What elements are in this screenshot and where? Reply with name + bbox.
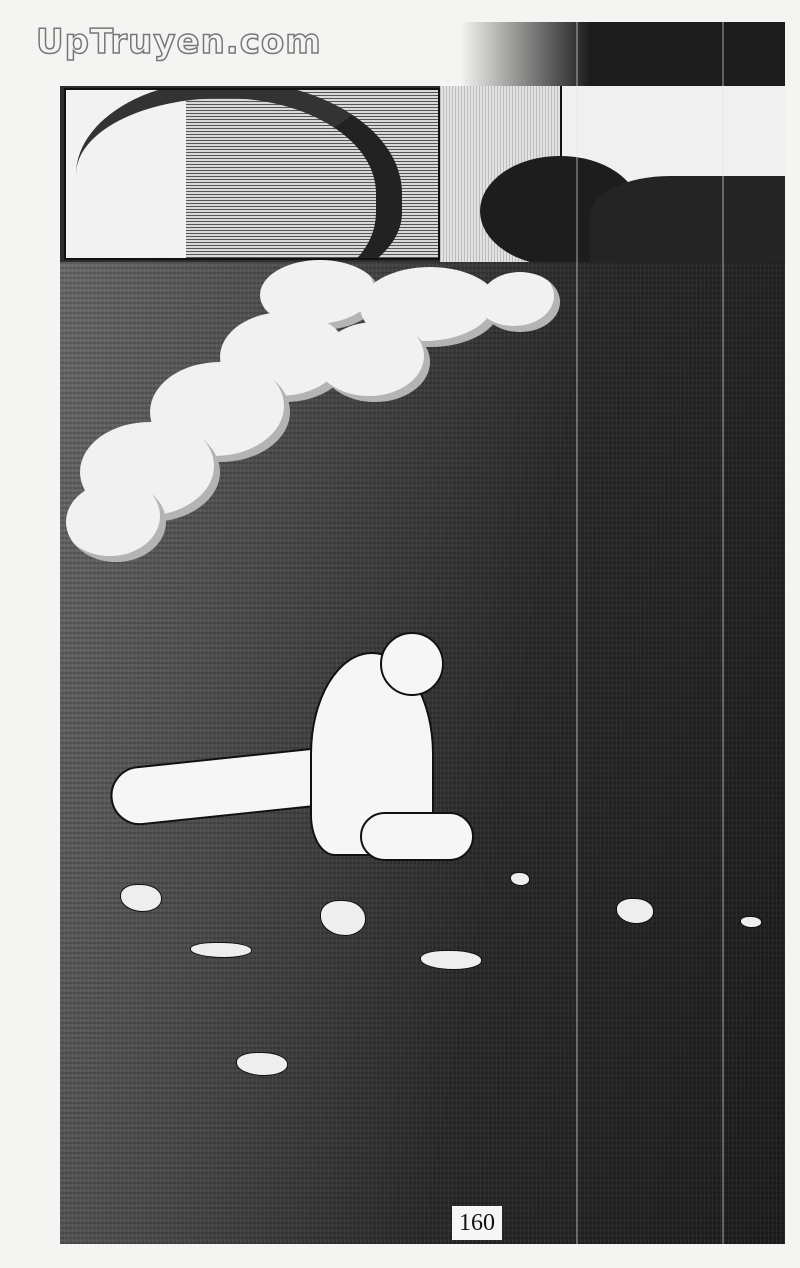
manga-page [60,22,785,1244]
scan-line [722,22,724,1244]
scan-line [576,22,578,1244]
rubble [120,884,162,912]
coat [590,176,785,262]
page-number: 160 [459,1210,495,1237]
panel-face-closeup [64,88,440,260]
top-hair-silhouette [460,22,785,86]
rubble [616,898,654,924]
smoke-puff [320,322,430,402]
rubble [740,916,762,928]
kneeling-figure-head [380,632,444,696]
rubble [510,872,530,886]
smoke-puff [66,482,166,562]
kneeling-figure-leg [360,812,474,861]
smoke-puff [480,272,560,332]
panel-embrace [440,86,785,262]
watermark: UpTruyen.com [36,22,322,62]
page-number-box: 160 [452,1206,502,1240]
